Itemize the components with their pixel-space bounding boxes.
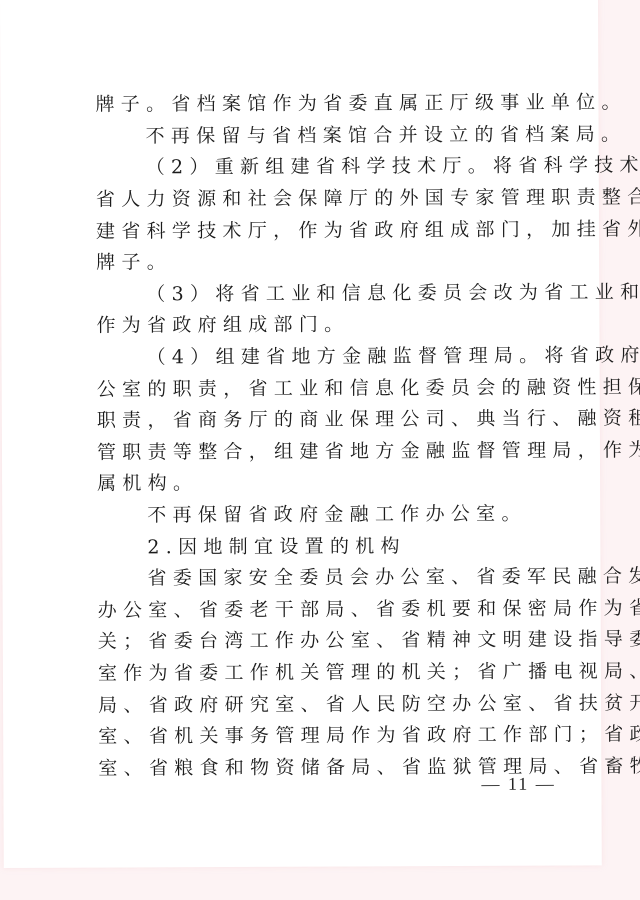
text-line: 牌子。省档案馆作为省委直属正厅级事业单位。 [95, 86, 626, 120]
text-line: 不再保留省政府金融工作办公室。 [147, 498, 527, 532]
text-line: 属机构。 [97, 467, 198, 499]
text-line: 职责，省商务厅的商业保理公司、典当行、融资租赁公司监 [97, 402, 640, 437]
text-line: 牌子。 [96, 246, 172, 278]
text-line: 室、省粮食和物资储备局、省监狱管理局、省畜牧兽医局、 [98, 750, 640, 785]
text-line: （2）重新组建省科学技术厅。将省科学技术厅的职责， [146, 149, 640, 184]
text-line: 省委国家安全委员会办公室、省委军民融合发展委员会 [147, 560, 640, 595]
text-line: 公室的职责，省工业和信息化委员会的融资性担保机构监管 [97, 371, 640, 406]
document-page: 牌子。省档案馆作为省委直属正厅级事业单位。 不再保留与省档案馆合并设立的省档案局… [0, 0, 602, 868]
text-line: 省人力资源和社会保障厅的外国专家管理职责整合，重新组 [96, 181, 640, 216]
text-line: 室、省机关事务管理局作为省政府工作部门；省政府参事 [98, 718, 640, 753]
text-line: 建省科学技术厅，作为省政府组成部门，加挂省外国专家局 [96, 213, 640, 248]
section-heading: 2.因地制宜设置的机构 [147, 530, 406, 563]
text-line: 管职责等整合，组建省地方金融监督管理局，作为省政府直 [97, 434, 640, 469]
text-line: 办公室、省委老干部局、省委机要和保密局作为省委工作机 [98, 592, 640, 627]
text-line: （3）将省工业和信息化委员会改为省工业和信息化厅， [146, 276, 640, 311]
text-line: 作为省政府组成部门。 [96, 308, 349, 341]
text-line: （4）组建省地方金融监督管理局。将省政府金融工作办 [146, 339, 640, 374]
text-line: 关；省委台湾工作办公室、省精神文明建设指导委员会办公 [98, 623, 640, 658]
text-line: 室作为省委工作机关管理的机关；省广播电视局、省体育 [98, 655, 640, 690]
text-line: 不再保留与省档案馆合并设立的省档案局。 [146, 118, 627, 152]
page-number: — 11 — [481, 770, 555, 798]
text-line: 局、省政府研究室、省人民防空办公室、省扶贫开发办公 [98, 687, 640, 722]
